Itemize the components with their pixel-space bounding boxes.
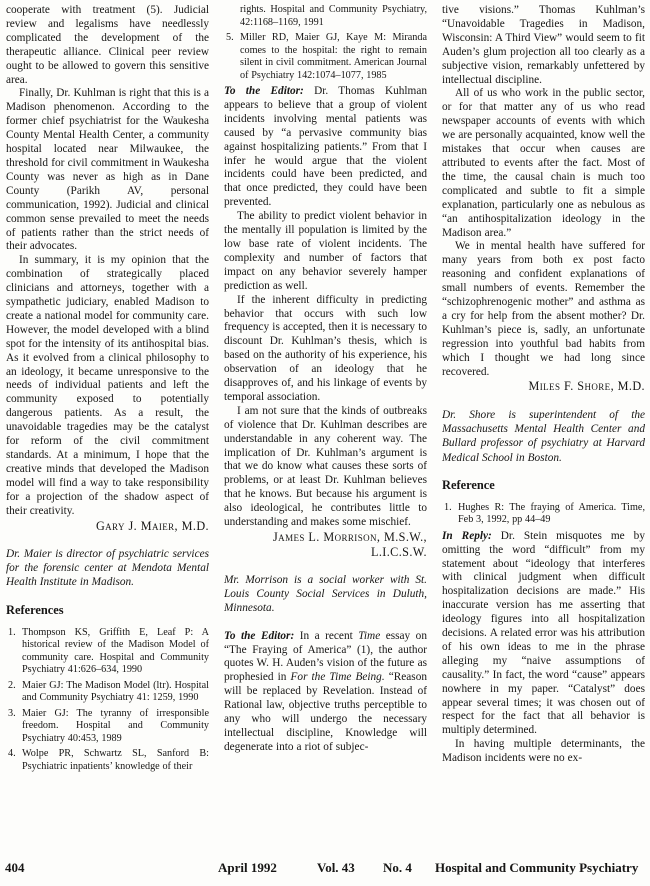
- paragraph: I am not sure that the kinds of outbreak…: [224, 405, 427, 530]
- references-heading: Reference: [442, 479, 645, 493]
- reference-text: Maier GJ: The Madison Model (ltr). Hospi…: [22, 680, 209, 704]
- reference-number: 1.: [8, 627, 16, 640]
- letter-lead: In Reply:: [442, 530, 492, 542]
- letter-text: In a recent: [294, 630, 358, 642]
- reference-item: 3. Maier GJ: The tyranny of irresponsibl…: [6, 708, 209, 746]
- letter-paragraph: To the Editor: In a recent Time essay on…: [224, 630, 427, 755]
- reference-item: 2. Maier GJ: The Madison Model (ltr). Ho…: [6, 680, 209, 705]
- footer: 404 April 1992 Vol. 43 No. 4 Hospital an…: [0, 860, 650, 880]
- paragraph: In having multiple determinants, the Mad…: [442, 738, 645, 766]
- paragraph: tive visions.” Thomas Kuhlman’s “Unavoid…: [442, 4, 645, 87]
- letter-paragraph: In Reply: Dr. Stein misquotes me by omit…: [442, 530, 645, 739]
- reference-text: Thompson KS, Griffith E, Leaf P: A histo…: [22, 627, 209, 676]
- paragraph: Finally, Dr. Kuhlman is right that this …: [6, 87, 209, 254]
- signature: James L. Morrison, M.S.W.,: [224, 530, 427, 545]
- signature: Miles F. Shore, M.D.: [442, 379, 645, 394]
- text-column-right: tive visions.” Thomas Kuhlman’s “Unavoid…: [442, 4, 645, 854]
- paragraph: In summary, it is my opinion that the co…: [6, 254, 209, 518]
- signature: L.I.C.S.W.: [224, 545, 427, 560]
- reference-continuation: rights. Hospital and Community Psychiatr…: [224, 4, 427, 29]
- reference-item: 1. Hughes R: The fraying of America. Tim…: [442, 502, 645, 527]
- reference-number: 1.: [444, 502, 452, 515]
- letter-lead: To the Editor:: [224, 85, 304, 97]
- letter-text: Dr. Thomas Kuhlman appears to believe th…: [224, 85, 427, 208]
- reference-text: Maier GJ: The tyranny of irresponsible f…: [22, 708, 209, 744]
- paragraph: The ability to predict violent behavior …: [224, 210, 427, 293]
- issue-date: April 1992: [218, 860, 277, 876]
- paragraph: All of us who work in the public sector,…: [442, 87, 645, 240]
- letter-paragraph: To the Editor: Dr. Thomas Kuhlman appear…: [224, 85, 427, 210]
- letter-text: “Reason will be replaced by Revelation. …: [224, 671, 427, 753]
- reference-number: 2.: [8, 680, 16, 693]
- reference-item: 1. Thompson KS, Griffith E, Leaf P: A hi…: [6, 627, 209, 677]
- signature: Gary J. Maier, M.D.: [6, 519, 209, 534]
- italic-title: Time: [358, 630, 380, 642]
- author-bio: Dr. Shore is superintendent of the Massa…: [442, 408, 645, 465]
- volume: Vol. 43: [317, 860, 355, 876]
- italic-title: For the Time Being.: [291, 671, 385, 683]
- page-number: 404: [5, 860, 25, 876]
- journal-title: Hospital and Community Psychiatry: [435, 860, 638, 876]
- reference-text: Wolpe PR, Schwartz SL, Sanford B: Psychi…: [22, 748, 209, 772]
- reference-text: Miller RD, Maier GJ, Kaye M: Miranda com…: [240, 32, 427, 81]
- paragraph: cooperate with treatment (5). Judicial r…: [6, 4, 209, 87]
- reference-text: Hughes R: The fraying of America. Time, …: [458, 502, 645, 526]
- reference-number: 4.: [8, 748, 16, 761]
- issue-number: No. 4: [383, 860, 412, 876]
- paragraph: We in mental health have suffered for ma…: [442, 240, 645, 379]
- author-bio: Dr. Maier is director of psychiatric ser…: [6, 547, 209, 590]
- reference-number: 3.: [8, 708, 16, 721]
- author-bio: Mr. Morrison is a social worker with St.…: [224, 573, 427, 616]
- reference-number: 5.: [226, 32, 234, 45]
- references-heading: References: [6, 604, 209, 618]
- text-column-left: cooperate with treatment (5). Judicial r…: [6, 4, 209, 854]
- letter-text: Dr. Stein misquotes me by omitting the w…: [442, 530, 645, 737]
- journal-page: cooperate with treatment (5). Judicial r…: [0, 0, 650, 886]
- reference-item: 5. Miller RD, Maier GJ, Kaye M: Miranda …: [224, 32, 427, 82]
- letter-lead: To the Editor:: [224, 630, 294, 642]
- text-columns: cooperate with treatment (5). Judicial r…: [6, 4, 645, 854]
- reference-item: 4. Wolpe PR, Schwartz SL, Sanford B: Psy…: [6, 748, 209, 773]
- text-column-middle: rights. Hospital and Community Psychiatr…: [224, 4, 427, 854]
- paragraph: If the inherent difficulty in predicting…: [224, 294, 427, 405]
